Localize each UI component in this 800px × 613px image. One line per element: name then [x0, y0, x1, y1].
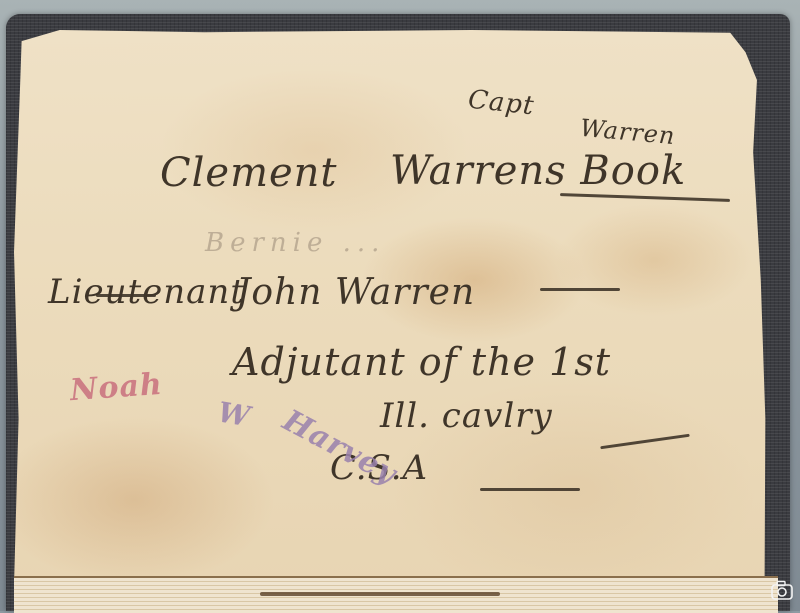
inscription-cavalry: Ill. cavlry: [380, 396, 553, 436]
page-edge-tear: [260, 592, 500, 596]
inscription-warrens-book: Warrens Book: [390, 148, 686, 194]
ink-flourish: [480, 488, 580, 491]
ink-flourish: [96, 294, 156, 297]
inscription-clement: Clement: [160, 150, 338, 196]
ink-flourish: [540, 288, 620, 291]
camera-icon: [770, 578, 794, 602]
inscription-w: W: [215, 395, 253, 433]
inscription-noah: Noah: [69, 367, 164, 408]
inscription-faded-line: Bernie ...: [205, 228, 385, 258]
inscription-lieutenant: Lieutenant: [48, 272, 245, 312]
inscription-adjutant: Adjutant of the 1st: [232, 340, 611, 384]
inscription-john-warren: John Warren: [236, 272, 475, 313]
